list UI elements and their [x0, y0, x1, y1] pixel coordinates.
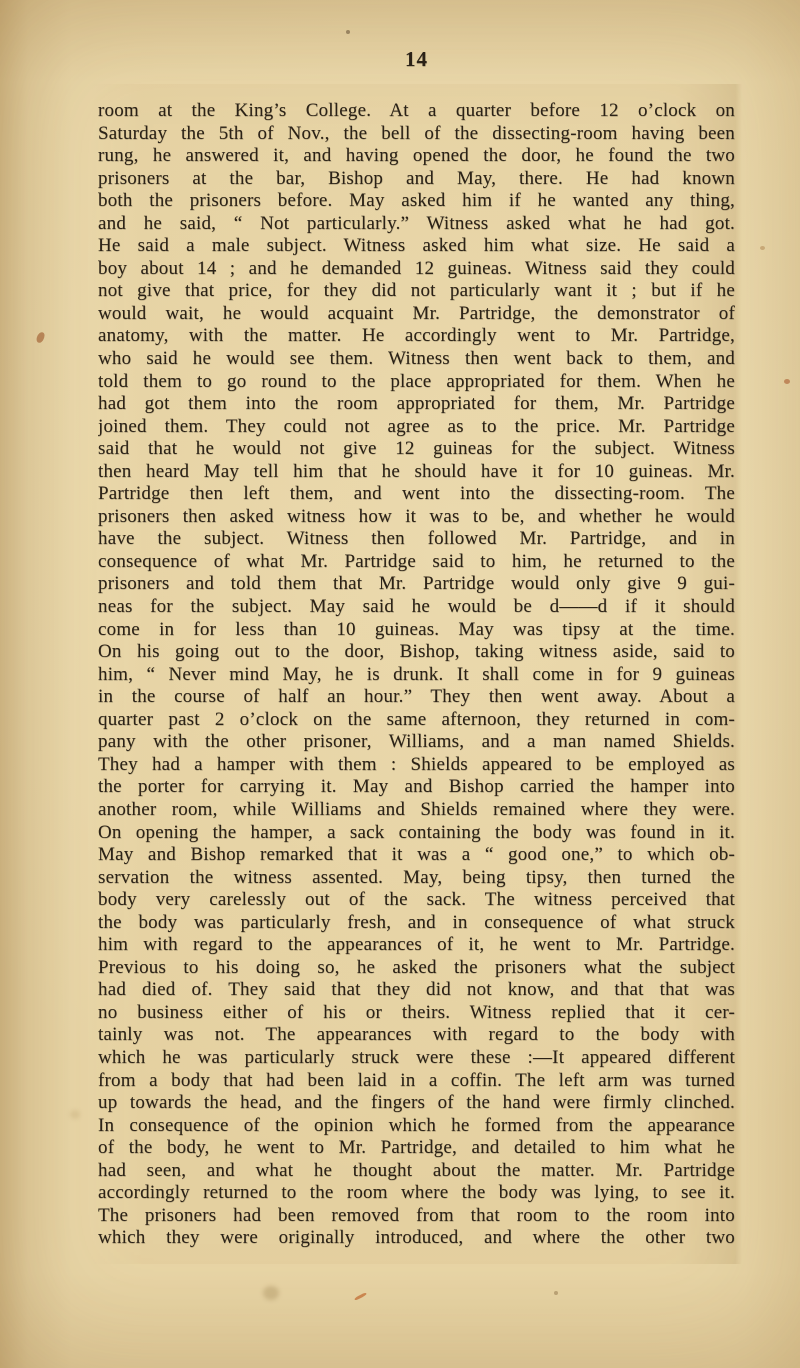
- text-line: In consequence of the opinion which he f…: [98, 1115, 735, 1138]
- text-line: consequence of what Mr. Partridge said t…: [98, 551, 735, 574]
- text-line: had seen, and what he thought about the …: [98, 1160, 735, 1183]
- text-line: had got them into the room appropriated …: [98, 393, 735, 416]
- text-line: which they were originally introduced, a…: [98, 1227, 735, 1250]
- text-line: Saturday the 5th of Nov., the bell of th…: [98, 123, 735, 146]
- text-line: prisoners and told them that Mr. Partrid…: [98, 573, 735, 596]
- paper-smudge: [263, 1286, 279, 1300]
- text-line: rung, he answered it, and having opened …: [98, 145, 735, 168]
- text-line: who said he would see them. Witness then…: [98, 348, 735, 371]
- paper-scratch: [354, 1292, 367, 1301]
- text-line: They had a hamper with them : Shields ap…: [98, 754, 735, 777]
- text-line: in the course of half an hour.” They the…: [98, 686, 735, 709]
- text-line: boy about 14 ; and he demanded 12 guinea…: [98, 258, 735, 281]
- text-line: Previous to his doing so, he asked the p…: [98, 957, 735, 980]
- text-line: anatomy, with the matter. He accordingly…: [98, 325, 735, 348]
- page-number: 14: [98, 47, 735, 72]
- text-line: tainly was not. The appearances with reg…: [98, 1024, 735, 1047]
- paper-smudge: [70, 1110, 80, 1119]
- paper-speck: [760, 246, 765, 250]
- text-line: neas for the subject. May said he would …: [98, 596, 735, 619]
- text-line: The prisoners had been removed from that…: [98, 1205, 735, 1228]
- text-line: prisoners then asked witness how it was …: [98, 506, 735, 529]
- book-page: 14 room at the King’s College. At a quar…: [0, 0, 800, 1368]
- text-line: servation the witness assented. May, bei…: [98, 867, 735, 890]
- text-line: body very carelessly out of the sack. Th…: [98, 889, 735, 912]
- text-line: of the body, he went to Mr. Partridge, a…: [98, 1137, 735, 1160]
- text-line: no business either of his or theirs. Wit…: [98, 1002, 735, 1025]
- text-line: him with regard to the appearances of it…: [98, 934, 735, 957]
- text-line: Partridge then left them, and went into …: [98, 483, 735, 506]
- paper-speck: [35, 331, 45, 344]
- text-line: both the prisoners before. May asked him…: [98, 190, 735, 213]
- text-line: On opening the hamper, a sack containing…: [98, 822, 735, 845]
- text-line: room at the King’s College. At a quarter…: [98, 100, 735, 123]
- paper-speck: [554, 1291, 558, 1295]
- text-line: On his going out to the door, Bishop, ta…: [98, 641, 735, 664]
- text-line: the body was particularly fresh, and in …: [98, 912, 735, 935]
- text-line: from a body that had been laid in a coff…: [98, 1070, 735, 1093]
- text-line: and he said, “ Not particularly.” Witnes…: [98, 213, 735, 236]
- body-text: room at the King’s College. At a quarter…: [98, 100, 735, 1250]
- text-line: pany with the other prisoner, Williams, …: [98, 731, 735, 754]
- text-line: said that he would not give 12 guineas f…: [98, 438, 735, 461]
- text-line: up towards the head, and the fingers of …: [98, 1092, 735, 1115]
- text-line: told them to go round to the place appro…: [98, 371, 735, 394]
- text-line: accordingly returned to the room where t…: [98, 1182, 735, 1205]
- text-line: would wait, he would acquaint Mr. Partri…: [98, 303, 735, 326]
- text-line: quarter past 2 o’clock on the same after…: [98, 709, 735, 732]
- text-line: He said a male subject. Witness asked hi…: [98, 235, 735, 258]
- paper-speck: [784, 379, 790, 384]
- text-line: May and Bishop remarked that it was a “ …: [98, 844, 735, 867]
- text-line: had died of. They said that they did not…: [98, 979, 735, 1002]
- paper-speck: [346, 30, 350, 34]
- text-line: have the subject. Witness then followed …: [98, 528, 735, 551]
- text-line: which he was particularly struck were th…: [98, 1047, 735, 1070]
- text-line: prisoners at the bar, Bishop and May, th…: [98, 168, 735, 191]
- text-line: another room, while Williams and Shields…: [98, 799, 735, 822]
- text-line: then heard May tell him that he should h…: [98, 461, 735, 484]
- text-line: him, “ Never mind May, he is drunk. It s…: [98, 664, 735, 687]
- text-line: not give that price, for they did not pa…: [98, 280, 735, 303]
- text-line: joined them. They could not agree as to …: [98, 416, 735, 439]
- text-line: come in for less than 10 guineas. May wa…: [98, 619, 735, 642]
- text-line: the porter for carrying it. May and Bish…: [98, 776, 735, 799]
